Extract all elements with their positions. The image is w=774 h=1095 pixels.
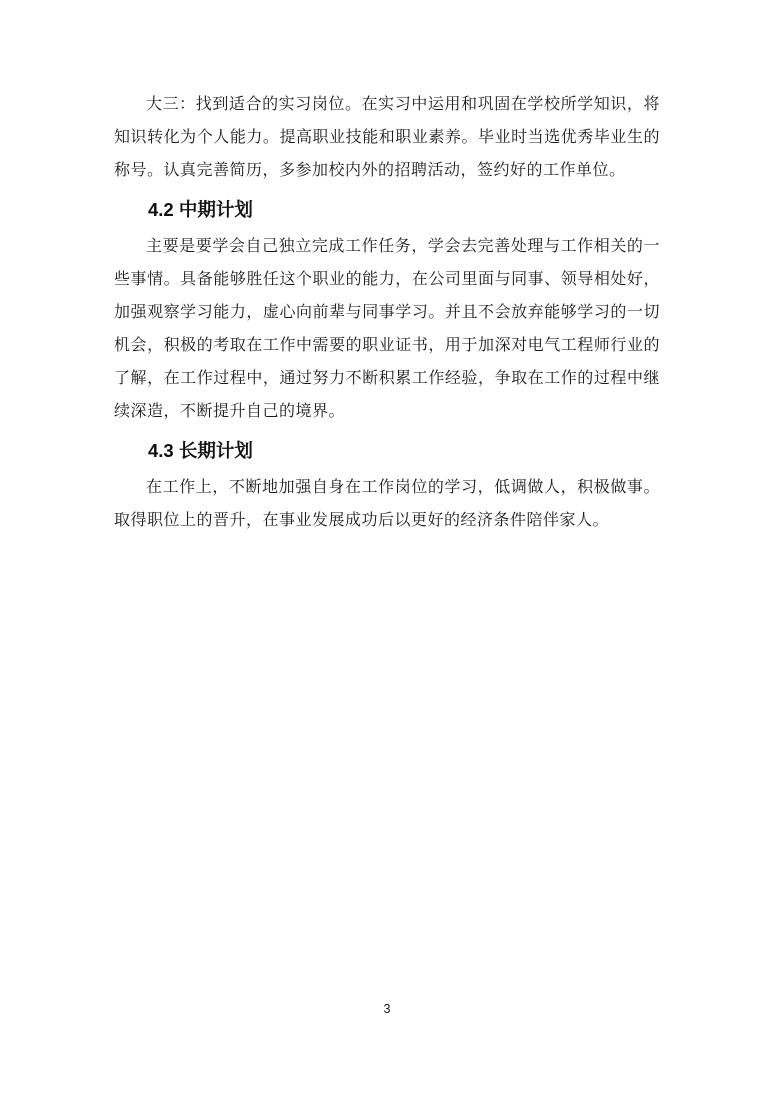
section-heading-mid-term-plan: 4.2 中期计划 bbox=[114, 196, 660, 224]
body-paragraph-mid-term-plan: 主要是要学会自己独立完成工作任务，学会去完善处理与工作相关的一些事情。具备能够胜… bbox=[114, 230, 660, 428]
page-number: 3 bbox=[0, 1002, 774, 1016]
document-page: 大三：找到适合的实习岗位。在实习中运用和巩固在学校所学知识，将知识转化为个人能力… bbox=[0, 0, 774, 1095]
section-heading-long-term-plan: 4.3 长期计划 bbox=[114, 437, 660, 465]
body-paragraph-junior-year: 大三：找到适合的实习岗位。在实习中运用和巩固在学校所学知识，将知识转化为个人能力… bbox=[114, 88, 660, 187]
body-paragraph-long-term-plan: 在工作上，不断地加强自身在工作岗位的学习，低调做人，积极做事。取得职位上的晋升，… bbox=[114, 471, 660, 537]
document-body: 大三：找到适合的实习岗位。在实习中运用和巩固在学校所学知识，将知识转化为个人能力… bbox=[114, 88, 660, 537]
